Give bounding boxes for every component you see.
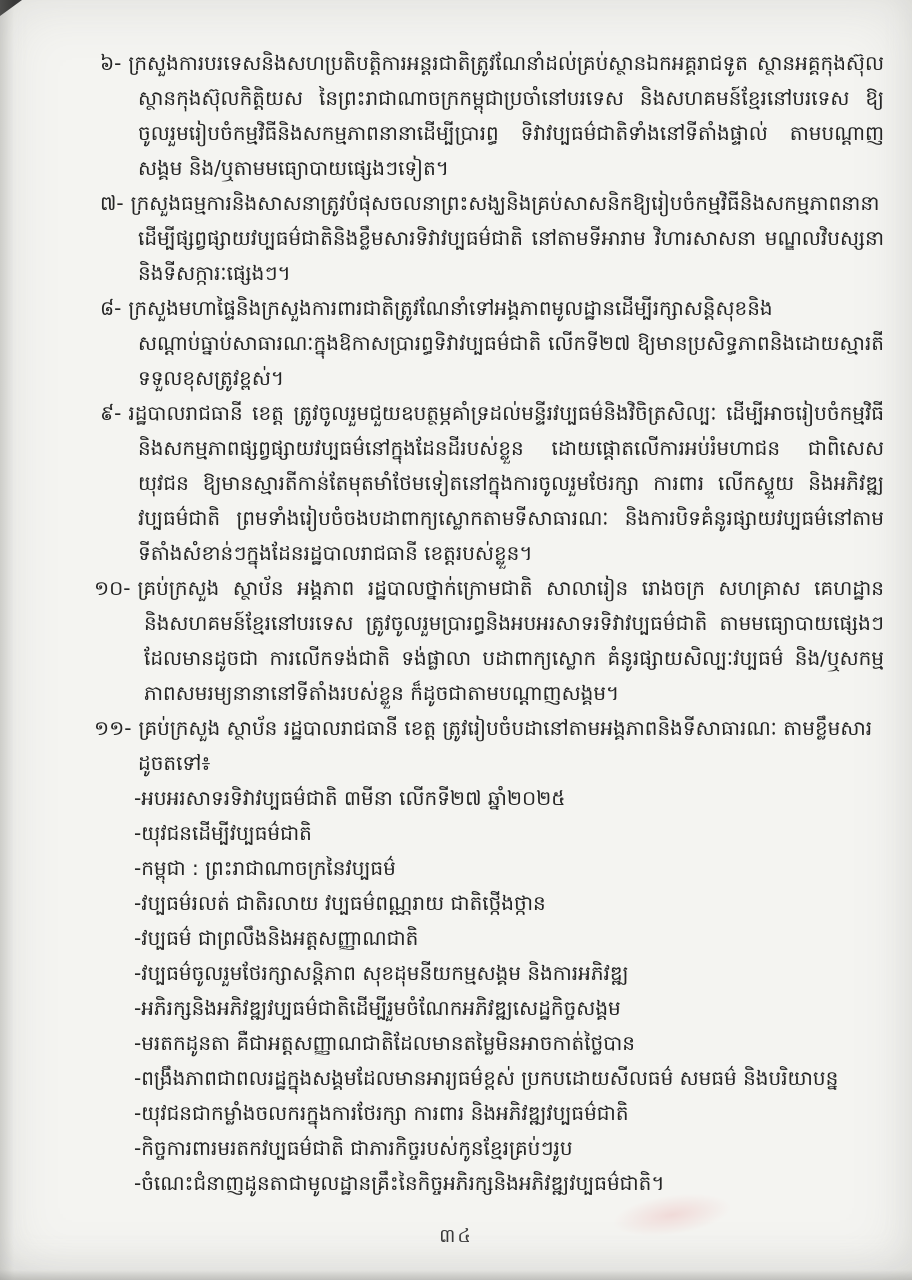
slogan-line-5: -វប្បធម៌ ជាព្រលឹងនិងអត្តសញ្ញាណជាតិ bbox=[134, 921, 884, 956]
slogan-line-10: -យុវជនជាកម្លាំងចលករក្នុងការថែរក្សា ការពា… bbox=[134, 1096, 884, 1131]
paragraph-6: ៦-ក្រសួងការបរទេសនិងសហប្រតិបត្តិការអន្តរជ… bbox=[100, 46, 884, 186]
slogan-line-11: -កិច្ចការពារមរតកវប្បធម៌ជាតិ ជាភារកិច្ចរប… bbox=[134, 1131, 884, 1166]
slogan-line-8: -មរតកដូនតា គឺជាអត្តសញ្ញាណជាតិដែលមានតម្លៃ… bbox=[134, 1026, 884, 1061]
scanned-document-page: ៦-ក្រសួងការបរទេសនិងសហប្រតិបត្តិការអន្តរជ… bbox=[0, 0, 912, 1280]
paragraph-7: ៧-ក្រសួងធម្មការនិងសាសនាត្រូវបំផុសចលនាព្រ… bbox=[100, 186, 884, 291]
slogan-line-6: -វប្បធម៌ចូលរួមថែរក្សាសន្តិភាព សុខដុមនីយក… bbox=[134, 956, 884, 991]
slogan-line-7: -អភិរក្សនិងអភិវឌ្ឍវប្បធម៌ជាតិដើម្បីរួមចំ… bbox=[134, 991, 884, 1026]
slogan-line-1: -អបអរសាទរទិវាវប្បធម៌ជាតិ ៣មីនា លើកទី២៧ ឆ… bbox=[134, 781, 884, 816]
paragraph-8-text: ក្រសួងមហាផ្ទៃនិងក្រសួងការពារជាតិត្រូវណែន… bbox=[128, 296, 884, 390]
slogan-line-9: -ពង្រឹងភាពជាពលរដ្ឋក្នុងសង្គមដែលមានអារ្យធ… bbox=[134, 1061, 884, 1096]
slogan-line-3: -កម្ពុជា : ព្រះរាជាណាចក្រនៃវប្បធម៌ bbox=[134, 851, 884, 886]
paragraph-9-text: រដ្ឋបាលរាជធានី ខេត្ត ត្រូវចូលរួមជួយឧបត្ថ… bbox=[128, 401, 884, 565]
paragraph-8: ៨-ក្រសួងមហាផ្ទៃនិងក្រសួងការពារជាតិត្រូវណ… bbox=[100, 291, 884, 396]
paragraph-10-number: ១០- bbox=[94, 576, 131, 600]
slogan-line-12: -ចំណេះជំនាញដូនតាជាមូលដ្ឋានគ្រឹះនៃកិច្ចអភ… bbox=[134, 1166, 884, 1201]
paragraph-7-text: ក្រសួងធម្មការនិងសាសនាត្រូវបំផុសចលនាព្រះស… bbox=[131, 191, 884, 285]
scan-edge-shade bbox=[0, 0, 14, 1280]
paragraph-11-text: គ្រប់ក្រសួង ស្ថាប័ន រដ្ឋបាលរាជធានី ខេត្ត… bbox=[139, 716, 873, 740]
page-number: ៣៤ bbox=[0, 1224, 912, 1252]
paragraph-10: ១០-គ្រប់ក្រសួង ស្ថាប័ន អង្គភាព រដ្ឋបាលថ្… bbox=[94, 571, 884, 711]
paragraph-6-text: ក្រសួងការបរទេសនិងសហប្រតិបត្តិការអន្តរជាត… bbox=[128, 51, 884, 180]
paragraph-9: ៩-រដ្ឋបាលរាជធានី ខេត្ត ត្រូវចូលរួមជួយឧបត… bbox=[100, 396, 884, 571]
slogan-line-4: -វប្បធម៌រលត់ ជាតិរលាយ វប្បធម៌ពណ្ណរាយ ជាត… bbox=[134, 886, 884, 921]
paragraph-11-continuation: ដូចតទៅ៖ bbox=[100, 746, 884, 781]
document-body: ៦-ក្រសួងការបរទេសនិងសហប្រតិបត្តិការអន្តរជ… bbox=[100, 46, 884, 1201]
scan-bottom-shade bbox=[0, 1270, 912, 1280]
paragraph-8-number: ៨- bbox=[100, 296, 121, 320]
paragraph-7-number: ៧- bbox=[100, 191, 124, 215]
paragraph-6-number: ៦- bbox=[100, 51, 121, 75]
paragraph-11-number: ១១- bbox=[94, 716, 132, 740]
slogan-list: -អបអរសាទរទិវាវប្បធម៌ជាតិ ៣មីនា លើកទី២៧ ឆ… bbox=[100, 781, 884, 1201]
paragraph-10-text: គ្រប់ក្រសួង ស្ថាប័ន អង្គភាព រដ្ឋបាលថ្នាក… bbox=[138, 576, 884, 705]
paragraph-9-number: ៩- bbox=[100, 401, 121, 425]
slogan-line-2: -យុវជនដើម្បីវប្បធម៌ជាតិ bbox=[134, 816, 884, 851]
paragraph-11: ១១-គ្រប់ក្រសួង ស្ថាប័ន រដ្ឋបាលរាជធានី ខេ… bbox=[94, 711, 884, 746]
